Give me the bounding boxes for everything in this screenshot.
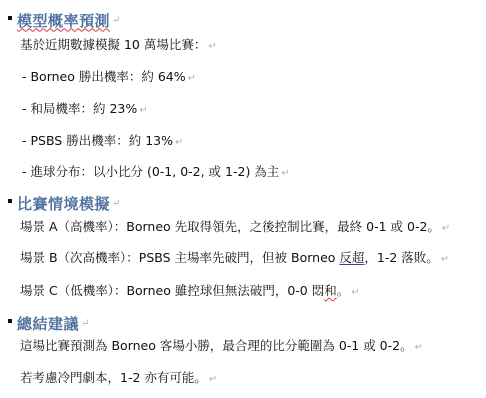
paragraph-text: 基於近期數據模擬 10 萬場比賽： xyxy=(20,37,206,52)
paragraph-text: 場景 B（次高機率）：PSBS 主場率先破門，但被 Borneo xyxy=(20,250,339,265)
heading-text: 比賽情境模擬 xyxy=(17,193,110,214)
grammar-flagged-text: 反超 xyxy=(339,250,364,265)
document-page: 模型概率預測 ↵ 基於近期數據模擬 10 萬場比賽：↵ - Borneo 勝出機… xyxy=(0,0,486,398)
bullet-icon xyxy=(8,199,12,203)
paragraph-text: 。 xyxy=(337,283,350,298)
paragraph-mark-icon: ↵ xyxy=(442,223,450,234)
paragraph-mark-icon: ↵ xyxy=(188,73,196,84)
spellcheck-flagged-text: 和 xyxy=(324,283,337,298)
paragraph-mark-icon: ↵ xyxy=(209,374,217,385)
summary-upset: 若考慮冷門劇本，1-2 亦有可能。↵ xyxy=(20,370,217,388)
paragraph-mark-icon: ↵ xyxy=(281,168,289,179)
paragraph-text: 這場比賽預測為 Borneo 客場小勝，最合理的比分範圍為 0-1 或 0-2。 xyxy=(20,338,413,353)
paragraph-mark-icon: ↵ xyxy=(441,254,449,265)
list-item-borneo-win: - Borneo 勝出機率：約 64%↵ xyxy=(22,69,196,87)
scenario-b: 場景 B（次高機率）：PSBS 主場率先破門，但被 Borneo 反超，1-2 … xyxy=(20,250,449,268)
heading-text: 總結建議 xyxy=(17,313,79,334)
bullet-icon xyxy=(8,319,12,323)
section-heading-scenario-simulation: 比賽情境模擬 ↵ xyxy=(8,193,120,213)
paragraph-mark-icon: ↵ xyxy=(112,198,120,209)
paragraph-mark-icon: ↵ xyxy=(81,318,89,329)
heading-text: 模型概率預測 xyxy=(17,10,110,31)
scenario-c: 場景 C（低機率）：Borneo 雖控球但無法破門，0-0 悶和。↵ xyxy=(20,283,360,301)
paragraph-text: - Borneo 勝出機率：約 64% xyxy=(22,69,186,84)
paragraph-mark-icon: ↵ xyxy=(208,41,216,52)
section-heading-model-probability: 模型概率預測 ↵ xyxy=(8,10,120,30)
scenario-a: 場景 A（高機率）：Borneo 先取得領先，之後控制比賽，最終 0-1 或 0… xyxy=(20,219,450,237)
paragraph: 基於近期數據模擬 10 萬場比賽：↵ xyxy=(20,37,217,55)
section-heading-summary: 總結建議 ↵ xyxy=(8,313,89,333)
paragraph-mark-icon: ↵ xyxy=(112,15,120,26)
paragraph-text: - 進球分布：以小比分 (0-1, 0-2, 或 1-2) 為主 xyxy=(22,164,279,179)
paragraph-text: 場景 A（高機率）：Borneo 先取得領先，之後控制比賽，最終 0-1 或 0… xyxy=(20,219,440,234)
list-item-psbs-win: - PSBS 勝出機率：約 13%↵ xyxy=(22,133,183,151)
paragraph-text: - 和局機率：約 23% xyxy=(22,101,137,116)
summary-prediction: 這場比賽預測為 Borneo 客場小勝，最合理的比分範圍為 0-1 或 0-2。… xyxy=(20,338,423,356)
paragraph-text: - PSBS 勝出機率：約 13% xyxy=(22,133,173,148)
list-item-goal-distribution: - 進球分布：以小比分 (0-1, 0-2, 或 1-2) 為主↵ xyxy=(22,164,290,182)
paragraph-mark-icon: ↵ xyxy=(175,137,183,148)
paragraph-text: 若考慮冷門劇本，1-2 亦有可能。 xyxy=(20,370,207,385)
paragraph-mark-icon: ↵ xyxy=(351,287,359,298)
bullet-icon xyxy=(8,16,12,20)
list-item-draw: - 和局機率：約 23%↵ xyxy=(22,101,148,119)
paragraph-mark-icon: ↵ xyxy=(139,105,147,116)
paragraph-mark-icon: ↵ xyxy=(415,342,423,353)
paragraph-text: ，1-2 落敗。 xyxy=(364,250,438,265)
paragraph-text: 場景 C（低機率）：Borneo 雖控球但無法破門，0-0 悶 xyxy=(20,283,324,298)
